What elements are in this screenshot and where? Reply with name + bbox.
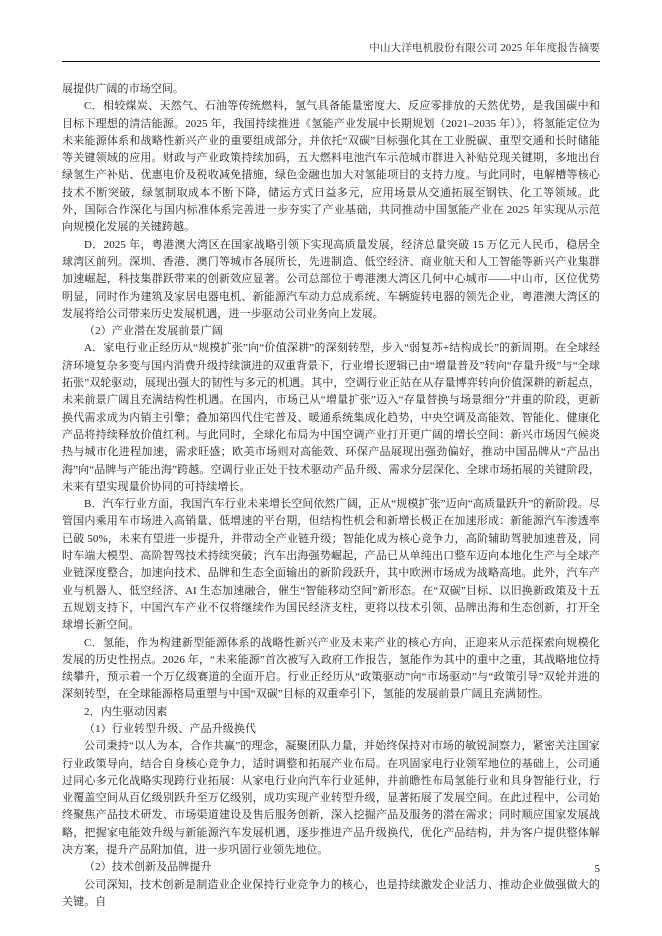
- paragraph: C．氢能，作为构建新型能源体系的战略性新兴产业及未来产业的核心方向，正迎来从示范…: [62, 635, 600, 704]
- header-divider: [62, 61, 600, 62]
- paragraph: （1）行业转型升级、产品升级换代: [62, 721, 600, 738]
- paragraph: （2）技术创新及品牌提升: [62, 859, 600, 876]
- paragraph: 展提供广阔的市场空间。: [62, 81, 600, 98]
- paragraph: （2）产业潜在发展前景广阔: [62, 323, 600, 340]
- paragraph: B．汽车行业方面，我国汽车行业未来增长空间依然广阔，正从“规模扩张”迈向“高质量…: [62, 496, 600, 634]
- paragraph: 公司深知，技术创新是制造业企业保持行业竞争力的核心，也是持续激发企业活力、推动企…: [62, 877, 600, 912]
- paragraph: 2．内生驱动因素: [62, 704, 600, 721]
- report-page: 中山大洋电机股份有限公司 2025 年年度报告摘要 展提供广阔的市场空间。C．相…: [0, 0, 662, 936]
- paragraph: 公司秉持“以人为本，合作共赢”的理念，凝聚团队力量，并始终保持对市场的敏锐洞察力…: [62, 738, 600, 859]
- page-number: 5: [595, 863, 601, 875]
- paragraph: C．相较煤炭、天然气、石油等传统燃料，氢气具备能量密度大、反应零排放的天然优势，…: [62, 98, 600, 236]
- paragraph: D．2025 年，粤港澳大湾区在国家战略引领下实现高质量发展，经济总量突破 15…: [62, 237, 600, 323]
- document-body: 展提供广阔的市场空间。C．相较煤炭、天然气、石油等传统燃料，氢气具备能量密度大、…: [62, 81, 600, 911]
- paragraph: A．家电行业正经历从“规模扩张”向“价值深耕”的深刻转型，步入“弱复苏+结构成长…: [62, 340, 600, 496]
- report-header-title: 中山大洋电机股份有限公司 2025 年年度报告摘要: [62, 42, 600, 56]
